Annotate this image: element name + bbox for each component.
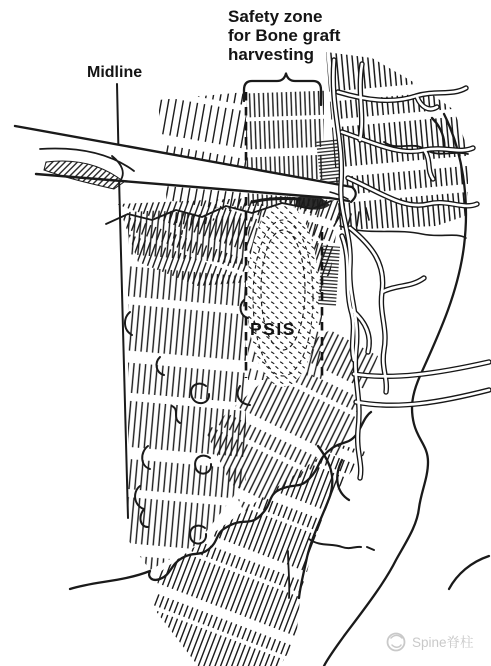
watermark: Spine脊柱 — [388, 634, 475, 651]
psis-bone-region — [247, 203, 319, 387]
safety-zone-label-line3: harvesting — [228, 45, 314, 64]
figure-canvas: Safety zone for Bone graft harvesting Mi… — [0, 0, 491, 666]
watermark-logo-swirl — [391, 635, 402, 647]
watermark-text: Spine脊柱 — [412, 634, 474, 650]
anatomy-illustration: Safety zone for Bone graft harvesting Mi… — [0, 0, 491, 666]
safety-zone-label-line2: for Bone graft — [228, 26, 341, 45]
midline-label: Midline — [87, 64, 142, 81]
gluteal-fold-squiggle — [309, 539, 374, 550]
psis-label: PSIS — [250, 319, 296, 339]
buttock-lower-contour — [449, 556, 489, 589]
safety-zone-label-line1: Safety zone — [228, 7, 322, 26]
safety-zone-label: Safety zone for Bone graft harvesting — [228, 7, 341, 64]
